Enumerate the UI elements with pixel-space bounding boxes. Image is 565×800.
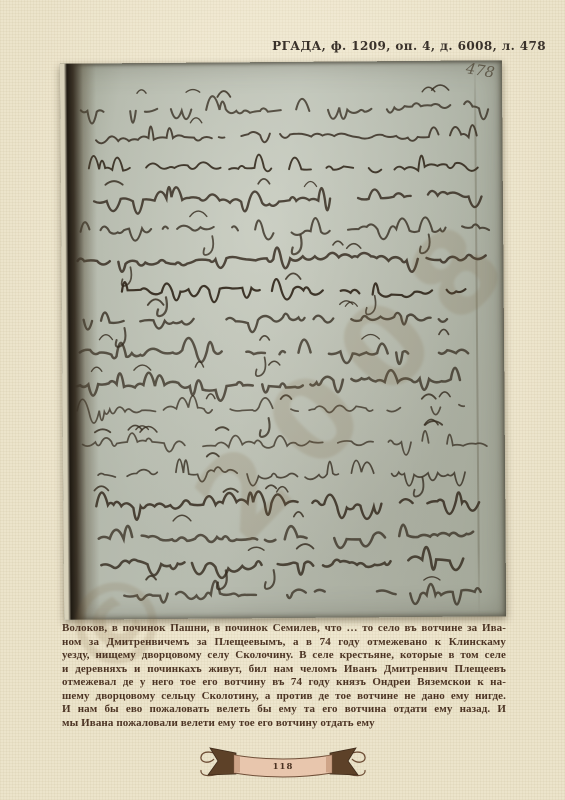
page-number: 118	[273, 762, 294, 772]
caption-line: мы Ивана пожаловали велети ему тое его в…	[62, 717, 506, 731]
caption-line: Волоков, в починок Пашни, в починок Семи…	[62, 622, 506, 636]
caption-line: уезду, нищему дворцовому селу Сколочину.…	[62, 649, 506, 663]
ribbon-fold-right	[326, 755, 332, 773]
caption-line: отмежевал де у него тое его вотчину въ 7…	[62, 676, 506, 690]
handwriting-strokes	[60, 60, 506, 619]
archive-reference: РГАДА, ф. 1209, оп. 4, д. 6008, л. 478	[272, 39, 546, 53]
caption-block: Волоков, в починок Пашни, в починок Семи…	[62, 622, 506, 730]
caption-line: шему дворцовому сельцу Сколотину, а прот…	[62, 690, 506, 704]
caption-line: ном за Дмитренвичемъ за Плещеевымъ, а в …	[62, 636, 506, 650]
book-gutter-shadow	[60, 63, 100, 619]
caption-line: И нам бы ево пожаловать велеть бы ему та…	[62, 703, 506, 717]
manuscript-photo: 478	[60, 60, 506, 619]
caption-line: и деревняхъ и починкахъ живут, бил нам ч…	[62, 663, 506, 677]
page-number-ribbon: 118	[198, 746, 368, 786]
book-page: { "header": { "archive_reference": "РГАД…	[0, 0, 565, 800]
ribbon-fold-left	[234, 755, 240, 773]
